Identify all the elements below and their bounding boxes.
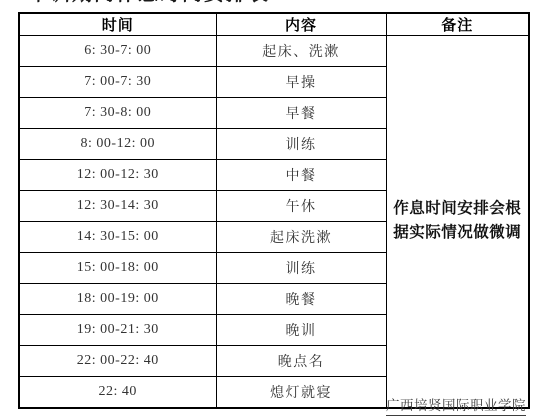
content-cell: 中餐 — [216, 160, 386, 191]
clipped-title: 军训期间作息时间安排表 — [28, 0, 268, 5]
remark-cell: 作息时间安排会根据实际情况做微调 — [386, 36, 529, 408]
col-header-content: 内容 — [216, 13, 386, 36]
time-cell: 22: 40 — [19, 377, 216, 408]
table-row: 6: 30-7: 00 起床、洗漱 作息时间安排会根据实际情况做微调 — [19, 36, 529, 67]
time-cell: 14: 30-15: 00 — [19, 222, 216, 253]
time-cell: 22: 00-22: 40 — [19, 346, 216, 377]
time-cell: 7: 00-7: 30 — [19, 67, 216, 98]
content-cell: 早餐 — [216, 98, 386, 129]
schedule-document-page: 军训期间作息时间安排表 时间 内容 备注 6: 30-7: 00 起床、洗漱 作… — [0, 0, 537, 416]
content-cell: 晚餐 — [216, 284, 386, 315]
content-cell: 训练 — [216, 129, 386, 160]
time-cell: 19: 00-21: 30 — [19, 315, 216, 346]
content-cell: 晚训 — [216, 315, 386, 346]
content-cell: 起床、洗漱 — [216, 36, 386, 67]
clipped-title-text: 军训期间作息时间安排表 — [28, 0, 268, 5]
time-cell: 18: 00-19: 00 — [19, 284, 216, 315]
time-cell: 12: 30-14: 30 — [19, 191, 216, 222]
time-cell: 15: 00-18: 00 — [19, 253, 216, 284]
watermark-school-name: 广西培贤国际职业学院 — [386, 394, 526, 416]
content-cell: 午休 — [216, 191, 386, 222]
content-cell: 早操 — [216, 67, 386, 98]
col-header-time: 时间 — [19, 13, 216, 36]
header-row: 时间 内容 备注 — [19, 13, 529, 36]
content-cell: 熄灯就寝 — [216, 377, 386, 408]
time-cell: 8: 00-12: 00 — [19, 129, 216, 160]
schedule-table: 时间 内容 备注 6: 30-7: 00 起床、洗漱 作息时间安排会根据实际情况… — [18, 12, 530, 409]
time-cell: 12: 00-12: 30 — [19, 160, 216, 191]
time-cell: 6: 30-7: 00 — [19, 36, 216, 67]
time-cell: 7: 30-8: 00 — [19, 98, 216, 129]
content-cell: 晚点名 — [216, 346, 386, 377]
col-header-remark: 备注 — [386, 13, 529, 36]
content-cell: 起床洗漱 — [216, 222, 386, 253]
content-cell: 训练 — [216, 253, 386, 284]
